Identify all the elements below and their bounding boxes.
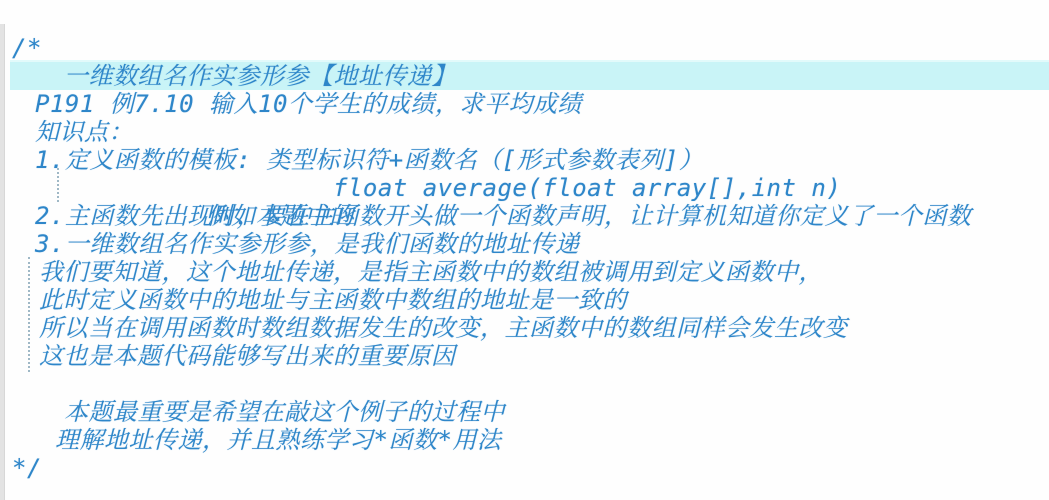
comment-line[interactable]: 本题最重要是希望在敲这个例子的过程中: [10, 398, 1049, 426]
inline-code-text: float average(float array[],int n): [333, 174, 841, 202]
comment-line[interactable]: 所以当在调用函数时数组数据发生的改变，主函数中的数组同样会发生改变: [10, 314, 1049, 342]
comment-line[interactable]: 3.一维数组名作实参形参，是我们函数的地址传递: [10, 230, 1049, 258]
blank-line[interactable]: [10, 370, 1049, 398]
comment-line[interactable]: 1.定义函数的模板: 类型标识符+函数名（[形式参数表列]）: [10, 146, 1049, 174]
editor-viewport: /* 一维数组名作实参形参【地址传递】 P191 例7.10 输入10个学生的成…: [0, 0, 1049, 500]
comment-close-delimiter[interactable]: */: [10, 454, 1049, 482]
comment-open-delimiter[interactable]: /*: [10, 34, 1049, 62]
comment-line[interactable]: 这也是本题代码能够写出来的重要原因: [10, 342, 1049, 370]
comment-line[interactable]: 理解地址传递，并且熟练学习*函数*用法: [10, 426, 1049, 454]
comment-line[interactable]: 2.主函数先出现时，要在主函数开头做一个函数声明，让计算机知道你定义了一个函数: [10, 202, 1049, 230]
comment-line[interactable]: 我们要知道，这个地址传递，是指主函数中的数组被调用到定义函数中，: [10, 258, 1049, 286]
comment-line[interactable]: 知识点：: [10, 118, 1049, 146]
highlighted-comment-line[interactable]: 一维数组名作实参形参【地址传递】: [10, 62, 1049, 90]
comment-line[interactable]: 此时定义函数中的地址与主函数中数组的地址是一致的: [10, 286, 1049, 314]
comment-line[interactable]: 例如本题中的 float average(float array[],int n…: [10, 174, 1049, 202]
editor-gutter-strip: [0, 24, 5, 500]
comment-line[interactable]: P191 例7.10 输入10个学生的成绩，求平均成绩: [10, 90, 1049, 118]
comment-text-area[interactable]: /* 一维数组名作实参形参【地址传递】 P191 例7.10 输入10个学生的成…: [10, 34, 1049, 482]
